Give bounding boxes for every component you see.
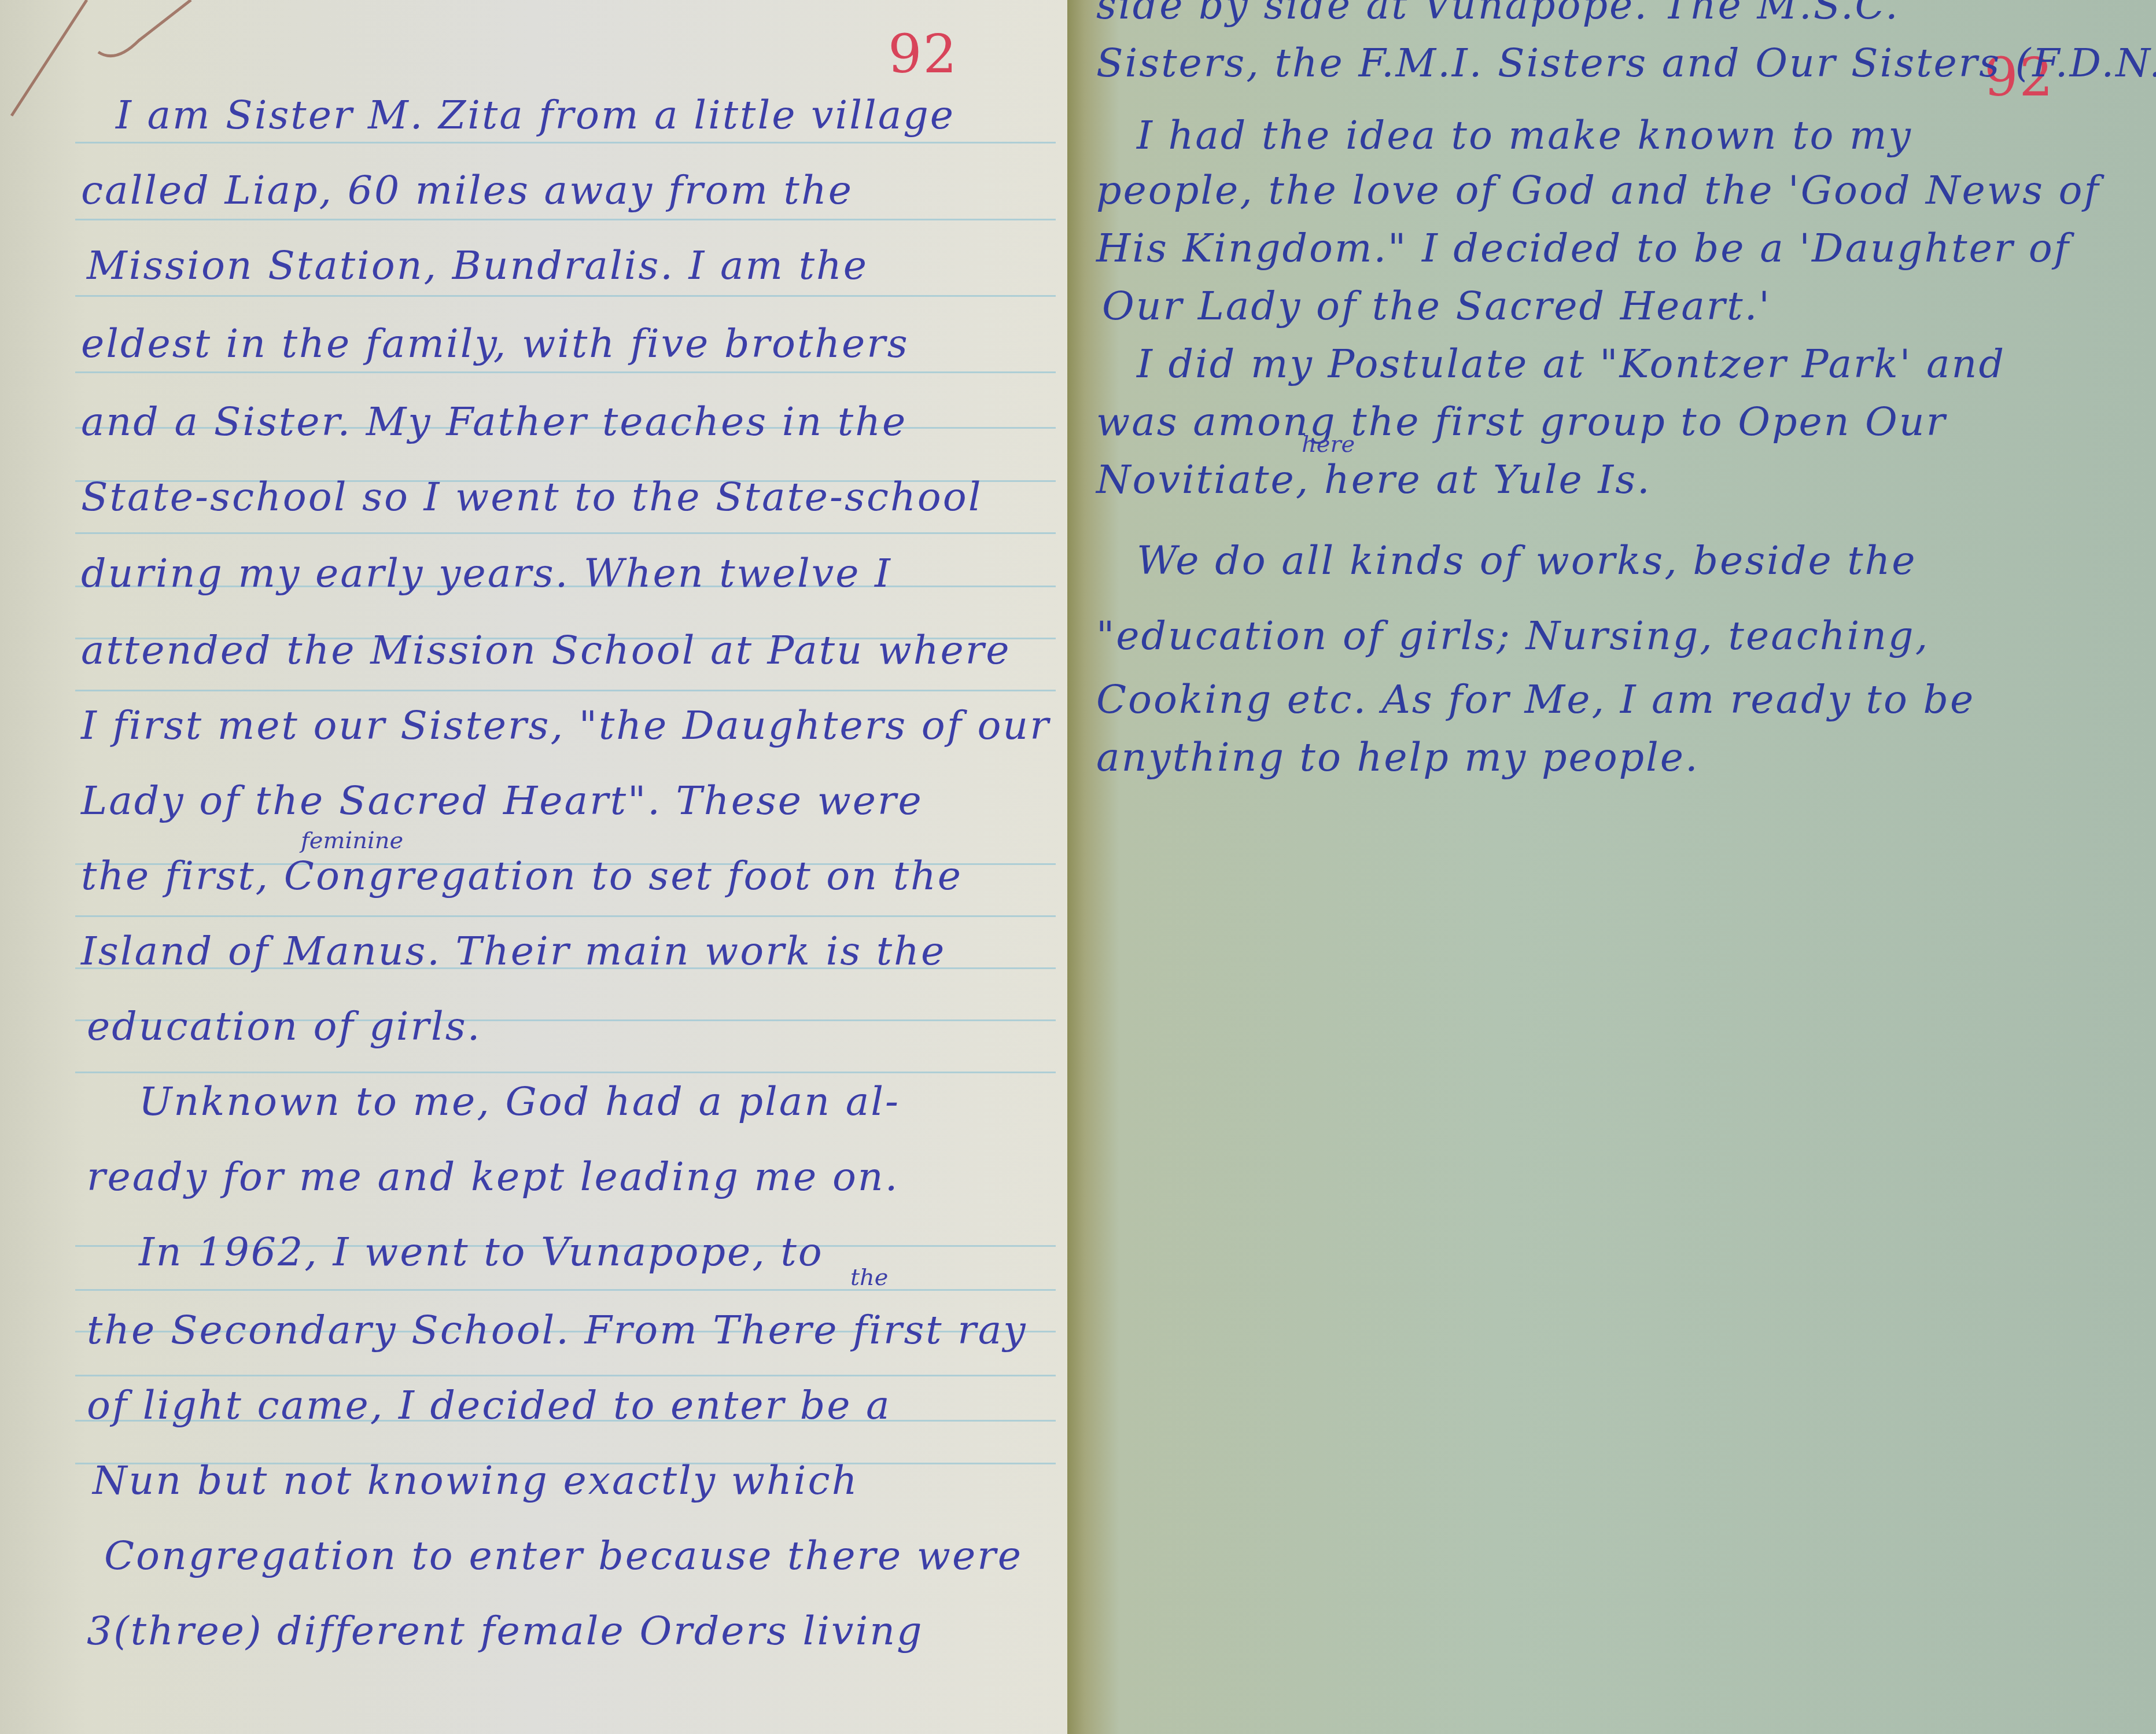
handwritten-line: "education of girls; Nursing, teaching, xyxy=(1096,613,1929,659)
handwritten-line: attended the Mission School at Patu wher… xyxy=(81,628,1011,673)
handwritten-line: Lady of the Sacred Heart". These were xyxy=(81,778,923,824)
ruled-line xyxy=(75,371,1056,373)
page-number-stamp: 92 xyxy=(888,23,958,85)
ruled-line xyxy=(75,142,1056,143)
inserted-word: feminine xyxy=(301,827,403,854)
ruled-line xyxy=(75,532,1056,534)
handwritten-line: Nun but not knowing exactly which xyxy=(93,1458,858,1504)
handwritten-line: people, the love of God and the 'Good Ne… xyxy=(1096,168,2100,213)
handwritten-line: State-school so I went to the State-scho… xyxy=(81,474,982,520)
inserted-word: here xyxy=(1302,431,1355,458)
handwritten-line: Unknown to me, God had a plan al- xyxy=(81,1079,900,1125)
ruled-line xyxy=(75,915,1056,917)
handwritten-line: His Kingdom." I decided to be a 'Daughte… xyxy=(1096,226,2070,271)
ruled-line xyxy=(75,1375,1056,1376)
handwritten-line: of light came, I decided to enter be a xyxy=(87,1383,891,1429)
handwritten-line: and a Sister. My Father teaches in the xyxy=(81,399,907,445)
inserted-word: the xyxy=(850,1264,889,1291)
handwritten-line: Island of Manus. Their main work is the xyxy=(81,929,946,974)
handwritten-line: Our Lady of the Sacred Heart.' xyxy=(1102,284,1771,329)
ruled-line xyxy=(75,690,1056,691)
ruled-line xyxy=(75,1289,1056,1291)
handwritten-line: the first, Congregation to set foot on t… xyxy=(81,853,963,899)
handwritten-line: I had the idea to make known to my xyxy=(1079,113,1912,159)
handwritten-line: Novitiate, here at Yule Is. xyxy=(1096,457,1652,503)
handwritten-line: 3(three) different female Orders living xyxy=(87,1608,923,1654)
handwritten-line: I did my Postulate at "Kontzer Park' and xyxy=(1079,341,2006,387)
handwritten-line: was among the first group to Open Our xyxy=(1096,399,1947,445)
handwritten-line: education of girls. xyxy=(87,1004,481,1050)
handwritten-line: I am Sister M. Zita from a little villag… xyxy=(116,93,955,138)
handwritten-line: Mission Station, Bundralis. I am the xyxy=(87,243,868,289)
handwritten-line: the Secondary School. From There first r… xyxy=(87,1308,1027,1353)
handwritten-line: called Liap, 60 miles away from the xyxy=(81,168,853,213)
handwritten-line: In 1962, I went to Vunapope, to xyxy=(81,1229,824,1275)
ruled-line xyxy=(75,295,1056,297)
handwritten-line: ready for me and kept leading me on. xyxy=(87,1154,899,1200)
handwritten-line: We do all kinds of works, beside the xyxy=(1079,538,1917,584)
handwritten-line: anything to help my people. xyxy=(1096,735,1700,781)
handwritten-line: Congregation to enter because there were xyxy=(104,1533,1023,1579)
left-page: 92 I am Sister M. Zita from a little vil… xyxy=(0,0,1067,1734)
ruled-line xyxy=(75,219,1056,220)
right-page: 92 side by side at Vunapope. The M.S.C. … xyxy=(1067,0,2156,1734)
handwritten-line: Cooking etc. As for Me, I am ready to be xyxy=(1096,677,1975,723)
handwritten-line: during my early years. When twelve I xyxy=(81,551,892,597)
handwritten-line: side by side at Vunapope. The M.S.C. xyxy=(1096,0,1900,28)
handwritten-line: eldest in the family, with five brothers xyxy=(81,321,909,367)
ruled-line xyxy=(75,1072,1056,1073)
handwritten-line: Sisters, the F.M.I. Sisters and Our Sist… xyxy=(1096,41,2156,86)
handwritten-line: I first met our Sisters, "the Daughters … xyxy=(81,703,1051,749)
